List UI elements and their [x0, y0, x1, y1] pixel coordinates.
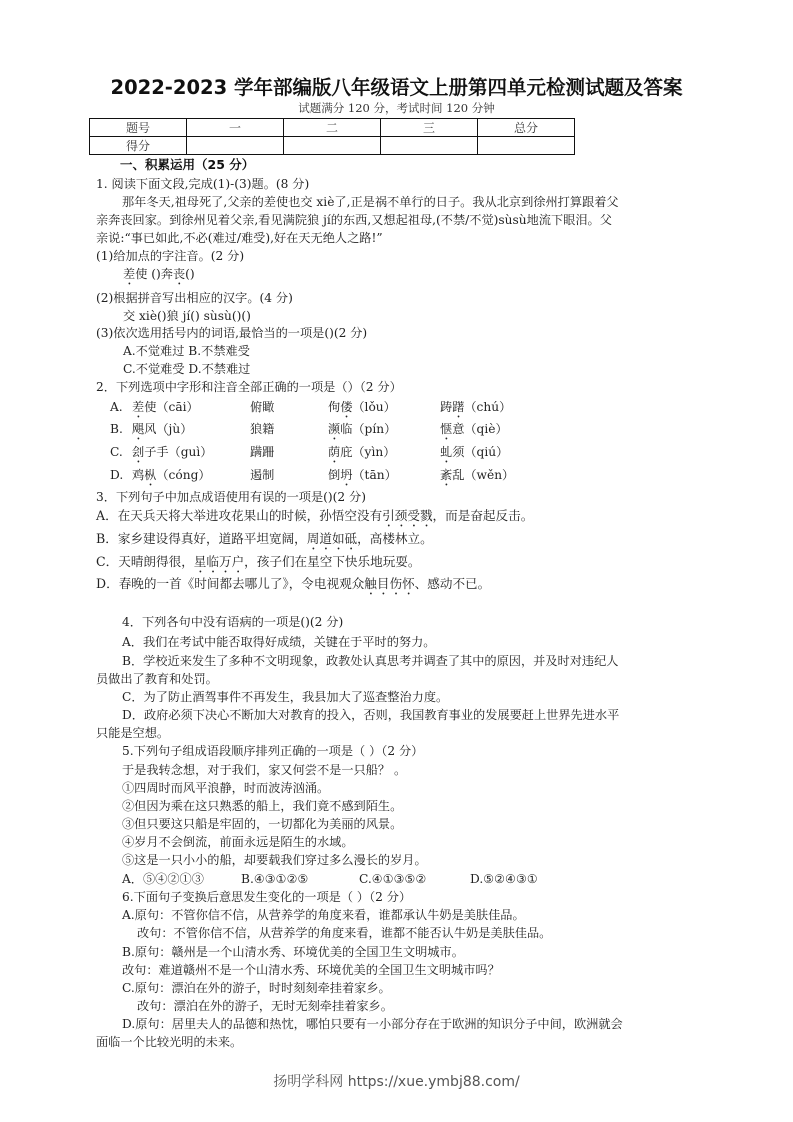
- q3-option: C．天晴朗得很，星临万户，孩子们在星空下快乐地玩耍。: [96, 554, 420, 576]
- q2-option-word: 狼籍: [250, 421, 274, 437]
- q2-option-word: 差使（cāi）: [132, 399, 199, 421]
- score-header-cell: 总分: [478, 119, 575, 137]
- q5-line: ②但因为乘在这只熟悉的船上，我们竟不感到陌生。: [122, 798, 402, 814]
- text: （lǒu）: [352, 400, 395, 414]
- text: 鸡: [132, 468, 144, 482]
- text: （tān）: [352, 468, 396, 482]
- q1-passage-line: 亲说:“事已如此,不必(难过/难受),好在天无绝人之路!”: [96, 230, 383, 246]
- q5-option: B.④③①②⑤: [241, 871, 308, 887]
- score-table-score-row: 得分: [90, 137, 575, 155]
- q2-option-word: 佝偻（lǒu）: [328, 399, 396, 421]
- text: 、感动不已。: [415, 576, 491, 591]
- q3-option: D．春晚的一首《时间都去哪儿了》，令电视观众触目伤怀、感动不已。: [96, 576, 490, 598]
- q2-option-label: A.: [110, 399, 123, 415]
- q2-option-word: 濒临（pín）: [328, 421, 396, 443]
- text: 踌: [440, 400, 452, 414]
- q2-option-word: 蹒跚: [250, 444, 274, 460]
- q1-sub3: (3)依次选用括号内的词语,最恰当的一项是()(2 分): [96, 325, 367, 341]
- q2-option-word: 荫庇（yìn）: [328, 444, 395, 466]
- q4-line: D．政府必须下决心不断加大对教育的投入，否则，我国教育事业的发展要赶上世界先进水…: [122, 707, 619, 723]
- q1-sub2-items: 交 xiè()狼 jí() sùsù()(): [123, 308, 251, 324]
- dotted-char: 荫: [328, 445, 340, 459]
- score-cell: [284, 137, 381, 155]
- text: 佝: [328, 400, 340, 414]
- q5-option: C.④①③⑤②: [359, 871, 426, 887]
- dotted-char: 丧: [173, 267, 185, 281]
- q4-stem: 4．下列各句中没有语病的一项是()(2 分): [122, 614, 343, 630]
- score-header-cell: 三: [381, 119, 478, 137]
- dotted-char: 偻: [340, 400, 352, 414]
- text: A．在天兵天将大举进攻花果山的时候，孙悟空没有: [96, 508, 382, 523]
- text: B．家乡建设得真好，道路平坦宽阔，: [96, 531, 307, 546]
- q5-line: ③但只要这只船是牢固的，一切都化为美丽的风景。: [122, 816, 402, 832]
- q1-sub1-items: 差使 ()奔丧(): [123, 266, 195, 288]
- text: C．天晴朗得很，: [96, 554, 194, 569]
- text: 使（cāi）: [144, 400, 199, 414]
- q2-option-label: D.: [110, 467, 123, 483]
- q1-sub2: (2)根据拼音写出相应的汉字。(4 分): [96, 290, 293, 306]
- text: D．春晚的一首《时间都去哪儿了》，令电视观众: [96, 576, 364, 591]
- text: 庇（yìn）: [340, 445, 395, 459]
- text: 倒: [328, 468, 340, 482]
- text: ，而是奋起反击。: [433, 508, 534, 523]
- q6-line: A.原句：不管你信不信，从营养学的角度来看，谁都承认牛奶是美肤佳品。: [122, 907, 525, 923]
- q6-line: 改句：难道赣州不是一个山清水秀、环境优美的全国卫生文明城市吗？: [122, 962, 500, 978]
- q6-stem: 6.下面句子变换后意思发生变化的一项是（ ）（2 分）: [122, 889, 411, 905]
- q6-line: D.原句：居里夫人的品德和热忱，哪怕只要有一小部分存在于欧洲的知识分子中间，欧洲…: [122, 1016, 623, 1032]
- q4-line: B．学校近来发生了多种不文明现象，政教处认真思考并调查了其中的原因，并及时对违纪…: [122, 653, 618, 669]
- q1-passage-line: 那年冬天,祖母死了,父亲的差使也交 xiè了,正是祸不单行的日子。我从北京到徐州…: [122, 194, 619, 210]
- q1-sub3-option: A.不觉难过 B.不禁难受: [123, 343, 250, 359]
- score-header-cell: 题号: [90, 119, 187, 137]
- footer-watermark: 扬明学科网 https://xue.ymbj88.com/: [0, 1071, 793, 1091]
- q2-option-word: 刽子手（guì）: [132, 444, 213, 466]
- text: 使 ()奔: [135, 267, 173, 281]
- q1-passage-line: 亲奔丧回家。到徐州见着父亲,看见满院狼 jí的东西,又想起祖母,(不禁/不觉)s…: [96, 212, 612, 228]
- text: 风（jù）: [144, 422, 192, 436]
- text: (): [185, 267, 195, 281]
- q5-line: ⑤这是一只小小的船，却要载我们穿过多么漫长的岁月。: [122, 852, 427, 868]
- dotted-char: 躇: [452, 400, 464, 414]
- dotted-char: 惬: [440, 422, 452, 436]
- q6-line: 改句：漂泊在外的游子，无时无刻牵挂着家乡。: [137, 998, 393, 1014]
- score-cell: [187, 137, 284, 155]
- dotted-idiom: 周道如砥: [307, 531, 357, 546]
- q2-option-word: 飓风（jù）: [132, 421, 192, 443]
- score-row-label: 得分: [90, 137, 187, 155]
- q6-line: B.原句：赣州是一个山清水秀、环境优美的全国卫生文明城市。: [122, 944, 464, 960]
- q6-line: 改句：不管你信不信，从营养学的角度来看，谁都不能否认牛奶是美肤佳品。: [137, 925, 551, 941]
- q5-line: ④岁月不会倒流，前面永远是陌生的水域。: [122, 834, 354, 850]
- q6-line: C.原句：漂泊在外的游子，时时刻刻牵挂着家乡。: [122, 980, 391, 996]
- text: ，孩子们在星空下快乐地玩耍。: [244, 554, 420, 569]
- q3-option: A．在天兵天将大举进攻花果山的时候，孙悟空没有引颈受戮，而是奋起反击。: [96, 508, 533, 530]
- q4-line: A．我们在考试中能否取得好成绩，关键在于平时的努力。: [122, 634, 436, 650]
- q1-stem: 1. 阅读下面文段,完成(1)-(3)题。(8 分): [96, 176, 309, 192]
- dotted-char: 紊: [440, 468, 452, 482]
- section-heading: 一、积累运用（25 分）: [120, 157, 254, 173]
- dotted-char: 差: [123, 267, 135, 281]
- q5-line: ①四周时而风平浪静，时而波涛汹涌。: [122, 780, 329, 796]
- q2-option-word: 遏制: [250, 467, 274, 483]
- q2-option-word: 紊乱（wěn）: [440, 467, 514, 489]
- exam-page: 2022-2023 学年部编版八年级语文上册第四单元检测试题及答案 试题满分 1…: [0, 0, 793, 1122]
- score-cell: [478, 137, 575, 155]
- score-header-cell: 一: [187, 119, 284, 137]
- dotted-char: 坍: [340, 468, 352, 482]
- q5-option: D.⑤②④③①: [470, 871, 538, 887]
- q2-option-word: 倒坍（tān）: [328, 467, 397, 489]
- q2-option-label: C.: [110, 444, 123, 460]
- text: （cóng）: [156, 468, 210, 482]
- text: 乱（wěn）: [452, 468, 514, 482]
- q2-option-word: 踌躇（chú）: [440, 399, 511, 421]
- q2-option-word: 鸡枞（cóng）: [132, 467, 211, 489]
- dotted-idiom: 引颈受戮: [382, 508, 432, 523]
- text: （chú）: [464, 400, 511, 414]
- score-table-header-row: 题号 一 二 三 总分: [90, 119, 575, 137]
- dotted-char: 刽: [132, 445, 144, 459]
- q5-line: 于是我转念想，对于我们，家又何尝不是一只船？ 。: [122, 762, 406, 778]
- text: 临（pín）: [340, 422, 396, 436]
- q5-option: A．⑤④②①③: [122, 871, 204, 887]
- score-header-cell: 二: [284, 119, 381, 137]
- text: 须（qiú）: [452, 445, 508, 459]
- q4-line: C．为了防止酒驾事件不再发生，我县加大了巡查整治力度。: [122, 689, 448, 705]
- dotted-char: 濒: [328, 422, 340, 436]
- dotted-char: 飓: [132, 422, 144, 436]
- score-table: 题号 一 二 三 总分 得分: [89, 118, 575, 155]
- text: 意（qiè）: [452, 422, 507, 436]
- document-subtitle: 试题满分 120 分，考试时间 120 分钟: [0, 100, 793, 116]
- q6-line: 面临一个比较光明的未来。: [96, 1034, 242, 1050]
- document-title: 2022-2023 学年部编版八年级语文上册第四单元检测试题及答案: [0, 72, 793, 100]
- q1-sub1: (1)给加点的字注音。(2 分): [96, 248, 244, 264]
- text: 子手（guì）: [144, 445, 212, 459]
- q2-option-label: B.: [110, 421, 123, 437]
- q3-option: B．家乡建设得真好，道路平坦宽阔，周道如砥，高楼林立。: [96, 531, 433, 553]
- q4-line: 只能是空想。: [96, 725, 169, 741]
- dotted-char: 虬: [440, 445, 452, 459]
- score-cell: [381, 137, 478, 155]
- q2-option-word: 俯瞰: [250, 399, 274, 415]
- dotted-char: 枞: [144, 468, 156, 482]
- q5-stem: 5.下列句子组成语段顺序排列正确的一项是（ ）（2 分）: [122, 743, 423, 759]
- q2-option-word: 虬须（qiú）: [440, 444, 508, 466]
- text: ，高楼林立。: [357, 531, 433, 546]
- q3-stem: 3．下列句子中加点成语使用有误的一项是()(2 分): [96, 489, 366, 505]
- q2-stem: 2．下列选项中字形和注音全部正确的一项是（）（2 分）: [96, 379, 402, 395]
- dotted-idiom: 星临万户: [194, 554, 244, 569]
- q2-option-word: 惬意（qiè）: [440, 421, 508, 443]
- q1-sub3-option: C.不觉难受 D.不禁难过: [123, 361, 250, 377]
- dotted-char: 差: [132, 400, 144, 414]
- q4-line: 员做出了教育和处罚。: [96, 671, 218, 687]
- dotted-idiom: 触目伤怀: [364, 576, 414, 591]
